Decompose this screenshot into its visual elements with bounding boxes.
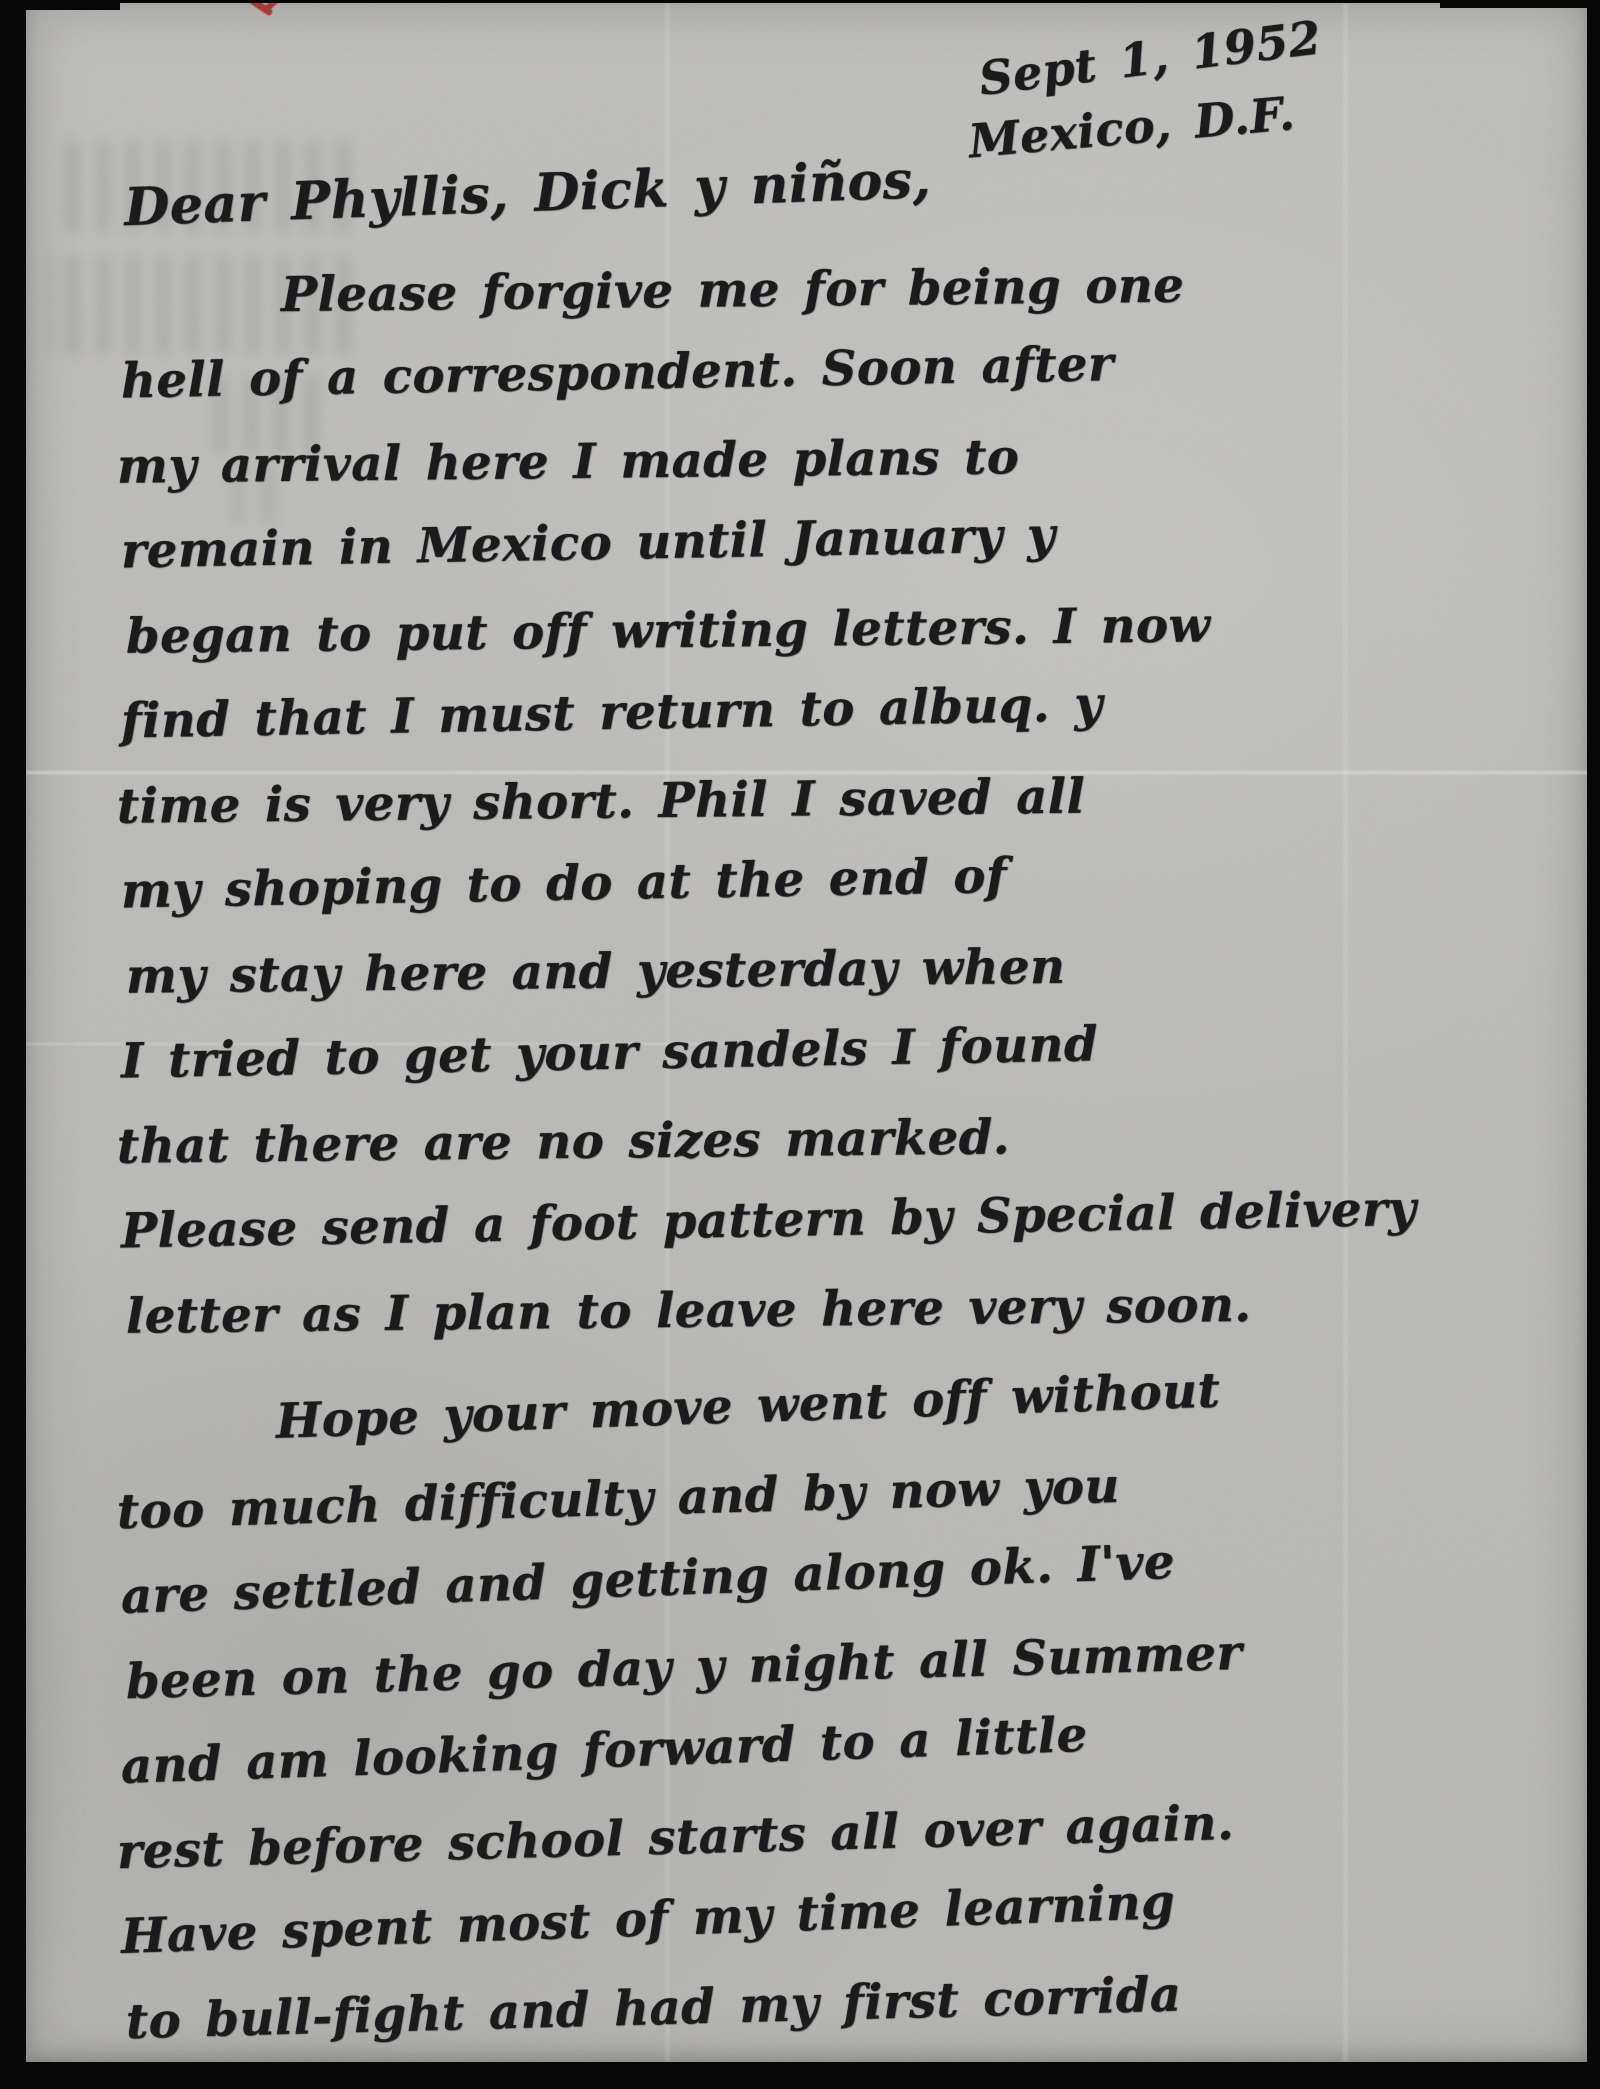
- red-pen-mark: [248, 3, 288, 21]
- scanned-letter: Sept 1, 1952 Mexico, D.F. Dear Phyllis, …: [0, 0, 1600, 2089]
- letter-paper: Sept 1, 1952 Mexico, D.F. Dear Phyllis, …: [26, 3, 1587, 2062]
- scan-edge: [0, 0, 120, 10]
- letter-body: Please forgive me for being one hell of …: [26, 255, 1587, 2062]
- salutation: Dear Phyllis, Dick y niños,: [123, 149, 932, 238]
- date-block: Sept 1, 1952 Mexico, D.F.: [978, 31, 1322, 153]
- scan-edge: [1440, 0, 1600, 8]
